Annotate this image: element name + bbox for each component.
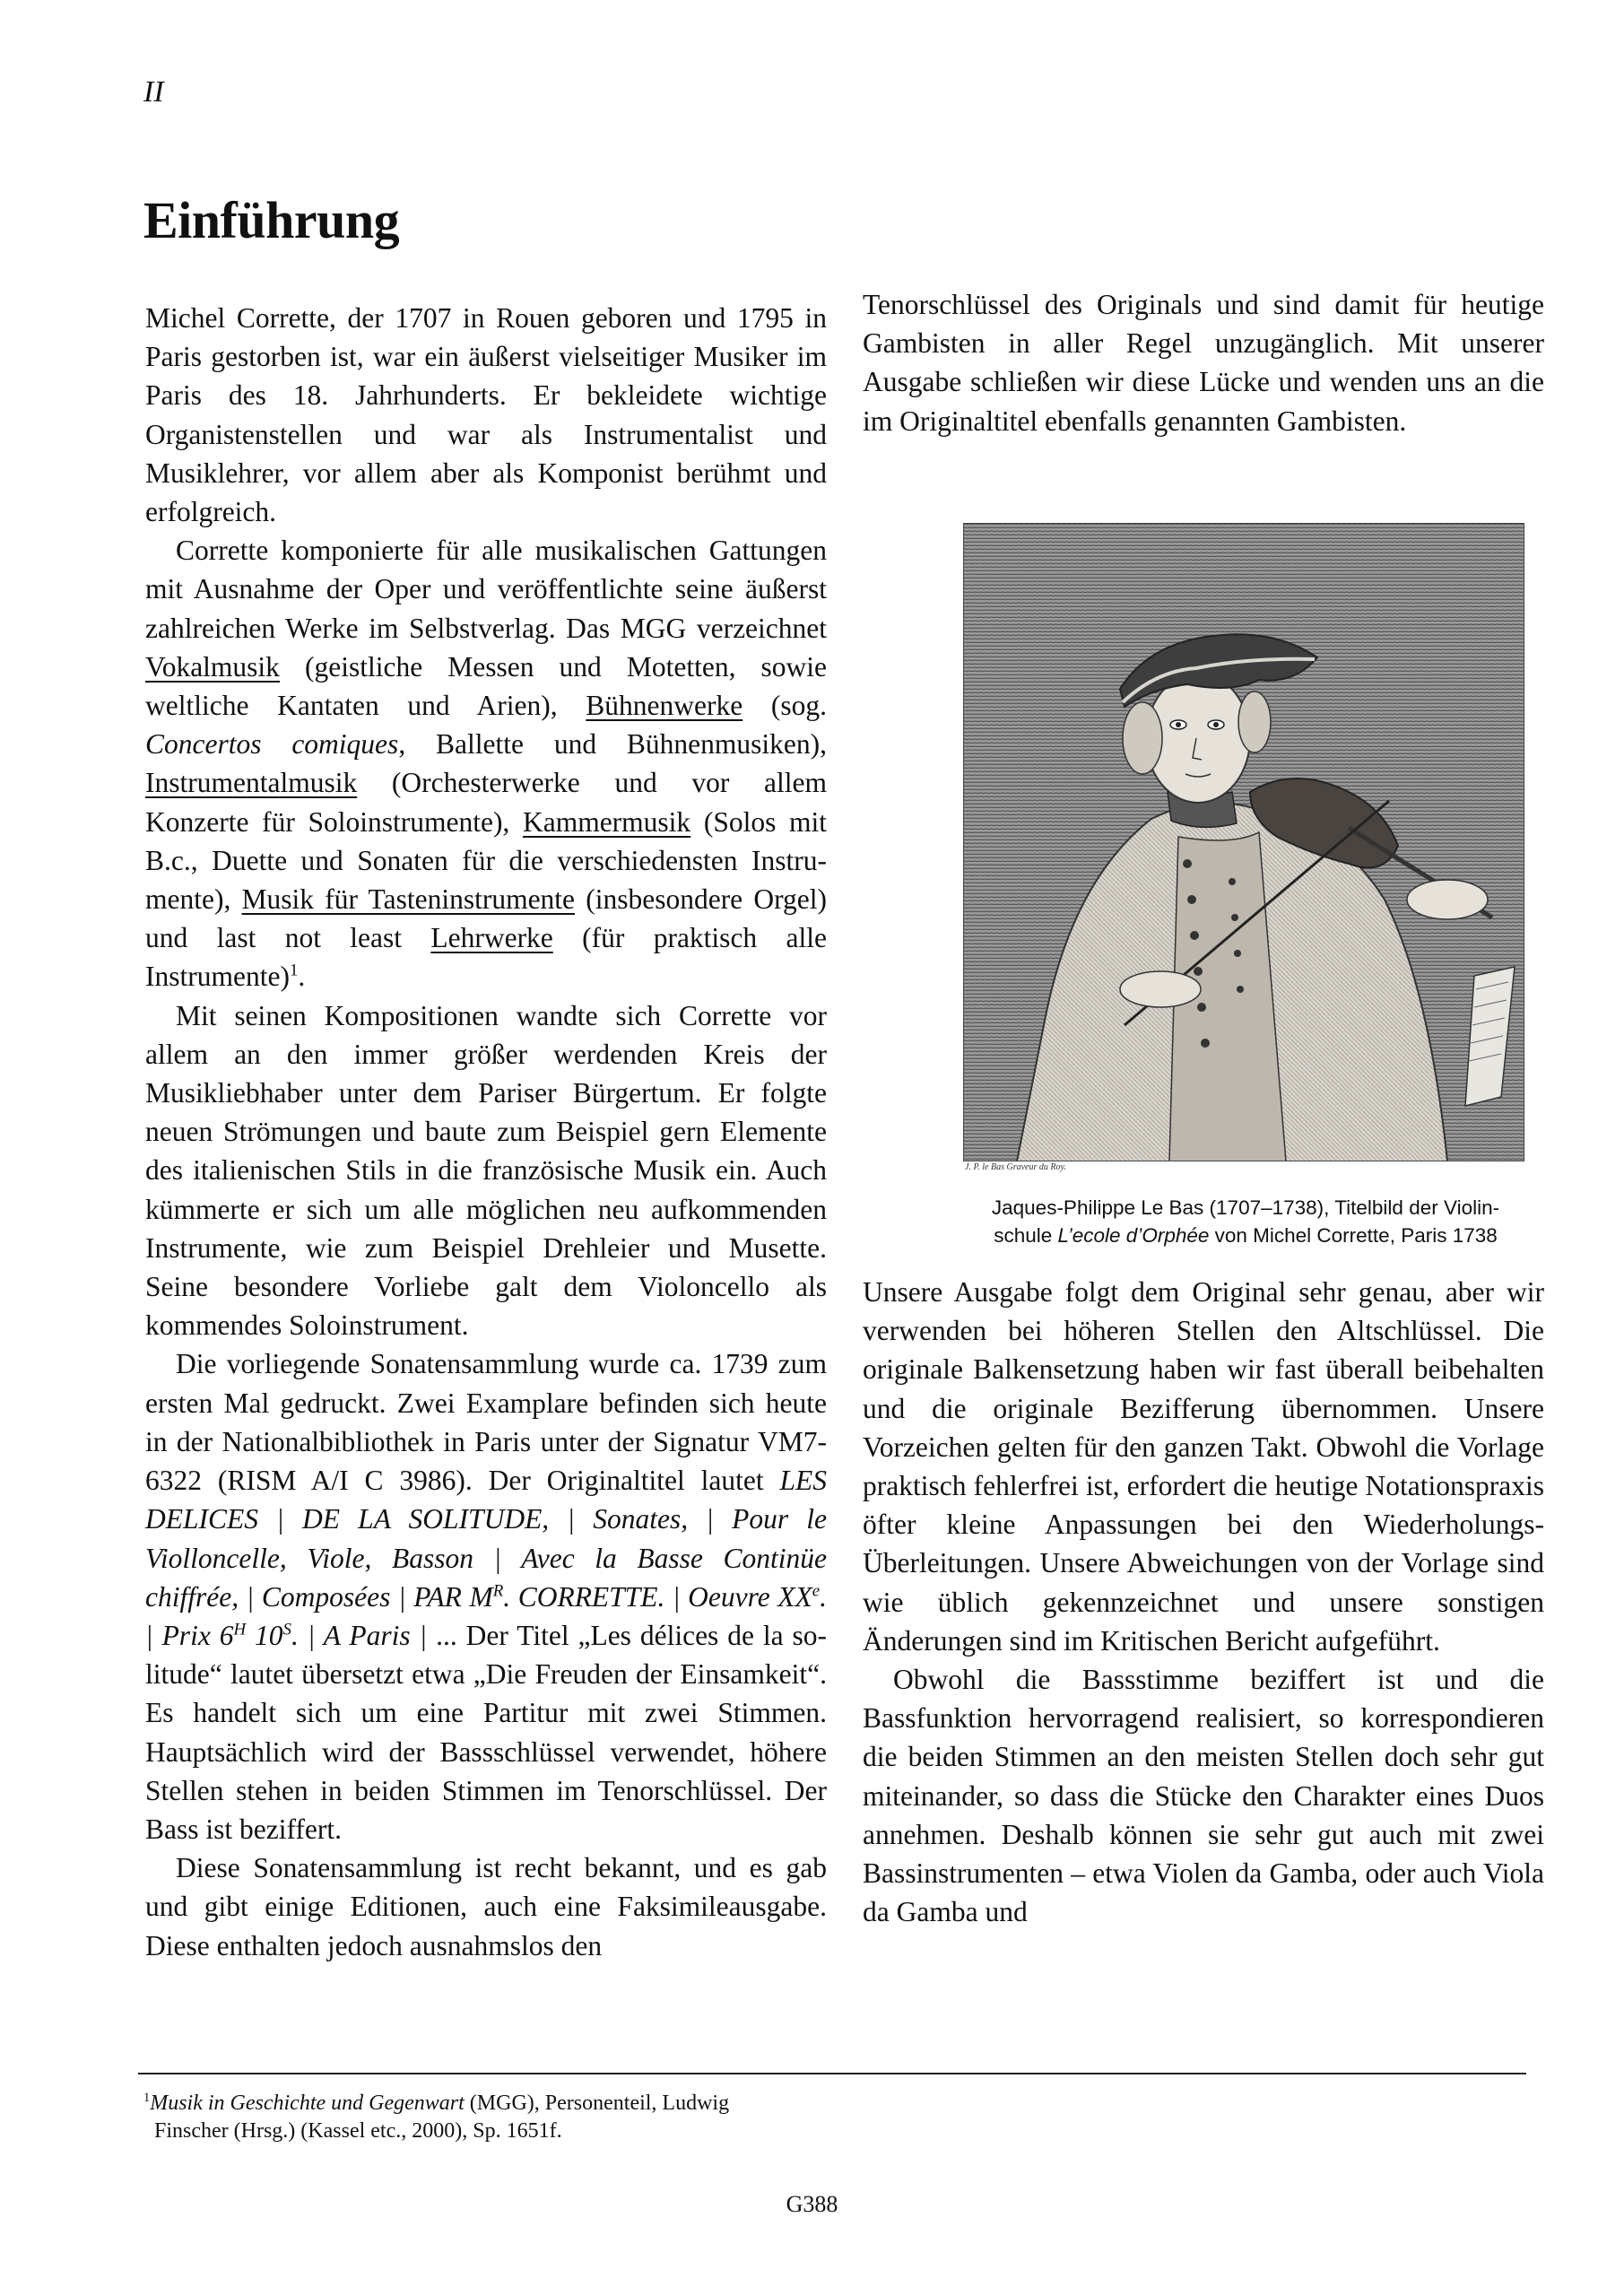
engraving-image [963,523,1524,1161]
right-column-top: Tenorschlüssel des Originals und sind da… [863,285,1544,440]
footnote: 1Musik in Geschichte und Gegenwart (MGG)… [143,2090,729,2145]
engraver-credit: J. P. le Bas Graveur du Roy. [965,1162,1528,1172]
paragraph: Obwohl die Bassstimme beziffert ist und … [863,1660,1544,1931]
genre-tasteninstrumente: Musik für Tasteninstrumente [242,883,576,915]
paragraph: Mit seinen Kompositionen wandte sich Cor… [145,996,827,1345]
genre-buehnenwerke: Bühnenwerke [586,690,743,721]
genre-lehrwerke: Lehrwerke [430,922,552,953]
footnote-reference[interactable]: 1 [290,961,298,980]
genre-kammermusik: Kammermusik [523,806,690,838]
genre-instrumentalmusik: Instrumentalmusik [145,767,357,798]
figure: J. P. le Bas Graveur du Roy. Jaques-Phil… [963,523,1528,1249]
figure-caption: Jaques-Philippe Le Bas (1707–1738), Tite… [963,1194,1528,1249]
page-number: G388 [0,2191,1624,2218]
paragraph: Tenorschlüssel des Originals und sind da… [863,285,1544,440]
right-column-bottom: Unsere Ausgabe folgt dem Original sehr g… [863,1273,1544,1931]
footnote-divider [138,2073,1526,2074]
genre-vokalmusik: Vokalmusik [145,651,280,683]
paragraph: Corrette komponierte für alle musikalisc… [145,531,827,996]
page-title: Einführung [143,190,399,250]
page-number-roman: II [143,75,164,109]
left-column: Michel Corrette, der 1707 in Rouen gebor… [145,299,827,1965]
paragraph: Diese Sonatensammlung ist recht bekannt,… [145,1848,827,1965]
paragraph: Die vorliegende Sonatensammlung wurde ca… [145,1344,827,1848]
paragraph: Unsere Ausgabe folgt dem Original sehr g… [863,1273,1544,1660]
paragraph: Michel Corrette, der 1707 in Rouen gebor… [145,299,827,531]
